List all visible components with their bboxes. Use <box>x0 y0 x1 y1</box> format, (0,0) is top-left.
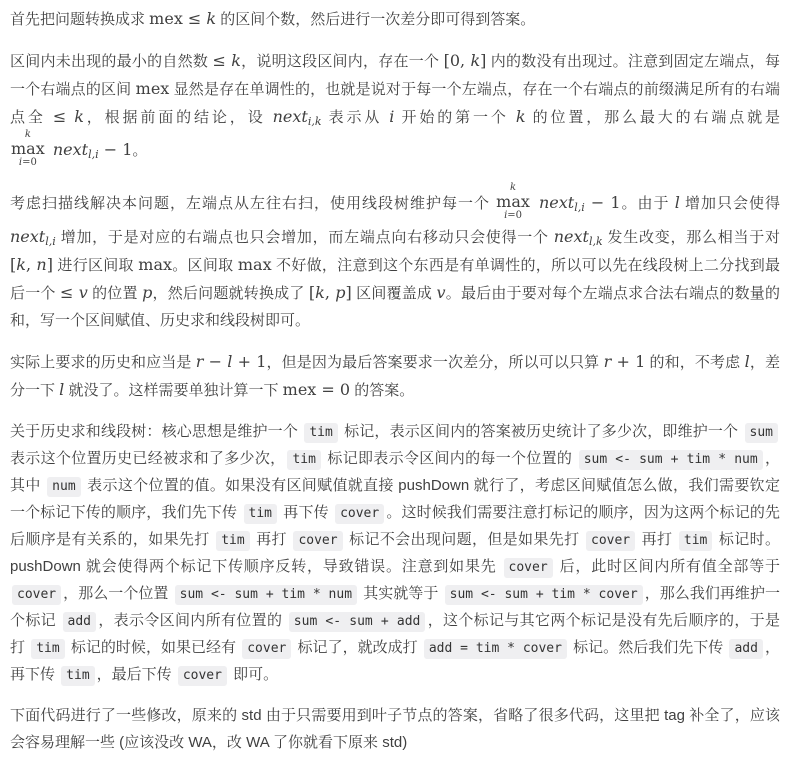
text-run: 考虑扫描线解决本问题，左端点从左往右扫，使用线段树维护每一个 <box>10 195 495 212</box>
math-symbol: ≤ <box>53 107 74 126</box>
math-symbol: + 1 <box>611 352 645 371</box>
text-run: 发生改变，那么相当于对 <box>603 229 780 246</box>
text-run: 后，此时区间内所有值全部等于 <box>555 558 780 575</box>
math-formula: kmaxi=0 nextl,i − 1 <box>10 140 132 159</box>
text-run: ，然后问题就转换成了 <box>152 285 309 302</box>
math-variable: n <box>36 255 46 274</box>
math-formula: ≤ k <box>53 107 84 126</box>
math-symbol: , <box>325 283 335 302</box>
inline-code: tim <box>679 531 712 551</box>
text-run: 标记即表示令区间内的每一个位置的 <box>323 450 577 467</box>
math-operator: max <box>11 140 45 157</box>
text-run: ，根据前面的结论，设 <box>84 109 273 126</box>
math-subscript: l,k <box>589 235 603 248</box>
math-symbol: − <box>203 352 227 371</box>
inline-code: cover <box>293 531 342 551</box>
text-run: 其实就等于 <box>359 585 443 602</box>
text-run: 标记。然后我们先下传 <box>569 639 728 656</box>
text-run: 表示从 <box>322 109 390 126</box>
text-run: ，但是因为最后答案要求一次差分，所以可以只算 <box>266 354 603 371</box>
paragraph: 考虑扫描线解决本问题，左端点从左往右扫，使用线段树维护每一个 kmaxi=0 n… <box>10 184 780 334</box>
math-formula: kmaxi=0 nextl,i − 1 <box>495 193 620 212</box>
text-run: ，表示令区间内所有位置的 <box>98 612 287 629</box>
math-lower-limit: i=0 <box>19 157 37 168</box>
text-run: 。区间取 <box>172 257 238 274</box>
inline-code: cover <box>242 639 291 659</box>
paragraph: 下面代码进行了一些修改，原来的 std 由于只需要用到叶子节点的答案，省略了很多… <box>10 702 780 756</box>
text-run: 增加，于是对应的右端点也只会增加，而左端点向右移动只会使得一个 <box>56 229 554 246</box>
inline-code: sum <- sum + add <box>289 612 426 632</box>
math-symbol: ≤ <box>183 9 207 28</box>
math-operator: max <box>496 193 530 210</box>
inline-code: add <box>63 612 96 632</box>
math-symbol: ≤ <box>60 283 79 302</box>
inline-code: tim <box>216 531 249 551</box>
math-subscript: l,i <box>574 201 585 214</box>
math-variable: next <box>273 107 308 126</box>
text-run: 即可。 <box>229 666 278 683</box>
math-subscript: l,i <box>45 235 56 248</box>
math-operator: max <box>238 255 272 274</box>
math-formula: r − l + 1 <box>196 352 267 371</box>
inline-code: cover <box>178 666 227 686</box>
math-symbol: , <box>26 255 36 274</box>
inline-code: tim <box>287 450 320 470</box>
math-variable: next <box>10 227 45 246</box>
math-symbol: + 1 <box>232 352 266 371</box>
inline-code: cover <box>12 585 61 605</box>
math-formula: mex = 0 <box>283 380 350 399</box>
math-variable: k <box>516 107 526 126</box>
inline-code: sum <box>745 423 778 443</box>
text-run: 再打 <box>252 531 292 548</box>
text-run: 实际上要求的历史和应当是 <box>10 354 196 371</box>
text-run: 再下传 <box>279 504 333 521</box>
text-run: 开始的第一个 <box>394 109 515 126</box>
math-symbol: − 1 <box>99 140 133 159</box>
inline-code: tim <box>31 639 64 659</box>
text-run: 进行区间取 <box>53 257 138 274</box>
math-variable: p <box>142 283 152 302</box>
math-variable: next <box>53 140 88 159</box>
text-run: ，说明这段区间内，存在一个 <box>241 53 444 70</box>
math-operator: mex <box>136 79 170 98</box>
math-formula: ≤ v <box>60 283 88 302</box>
math-symbol: =0 <box>507 210 522 221</box>
math-lower-limit: i=0 <box>504 210 522 221</box>
text-run: ，最后下传 <box>97 666 176 683</box>
paragraph: 区间内未出现的最小的自然数 ≤ k，说明这段区间内，存在一个 [0, k] 内的… <box>10 47 780 170</box>
text-run: 下面代码进行了一些修改，原来的 std 由于只需要用到叶子节点的答案，省略了很多… <box>10 707 780 751</box>
text-run: 的位置，那么最大的右端点就是 <box>526 109 781 126</box>
text-run: 区间覆盖成 <box>352 285 437 302</box>
paragraph: 实际上要求的历史和应当是 r − l + 1，但是因为最后答案要求一次差分，所以… <box>10 348 780 404</box>
math-variable: k <box>74 107 84 126</box>
text-run: 标记，表示区间内的答案被历史统计了多少次，即维护一个 <box>340 423 743 440</box>
article: 首先把问题转换成求 mex ≤ k 的区间个数，然后进行一次差分即可得到答案。区… <box>0 0 790 760</box>
text-run: 再打 <box>637 531 677 548</box>
math-variable: k <box>470 51 480 70</box>
math-subscript: l,i <box>88 148 99 161</box>
math-formula: max <box>238 255 272 274</box>
math-variable: k <box>16 255 26 274</box>
text-run: 的区间个数，然后进行一次差分即可得到答案。 <box>216 11 535 28</box>
math-formula: nexti,k <box>273 107 322 126</box>
math-symbol: − 1 <box>585 193 621 212</box>
math-formula: max <box>138 255 172 274</box>
math-formula: [k, n] <box>10 255 53 274</box>
text-run: 标记不会出现问题，但是如果先打 <box>345 531 584 548</box>
text-run: 首先把问题转换成求 <box>10 11 149 28</box>
math-variable: k <box>231 51 241 70</box>
text-run: 表示这个位置历史已经被求和了多少次， <box>10 450 285 467</box>
inline-code: num <box>47 477 80 497</box>
text-run: 的答案。 <box>350 382 414 399</box>
math-formula: p <box>142 283 152 302</box>
math-variable: next <box>539 193 574 212</box>
text-run: 增加只会使得 <box>680 195 780 212</box>
text-run: 标记了，就改成打 <box>293 639 421 656</box>
text-run: 。 <box>132 142 147 159</box>
inline-code: tim <box>61 666 94 686</box>
inline-code: sum <- sum + tim * num <box>579 450 763 470</box>
page: { "page": { "background_color": "#ffffff… <box>0 0 790 760</box>
text-run: 区间内未出现的最小的自然数 <box>10 53 212 70</box>
text-run: 的和，不考虑 <box>645 354 744 371</box>
math-formula: k <box>516 107 526 126</box>
inline-code: add = tim * cover <box>424 639 567 659</box>
math-formula: v <box>437 283 446 302</box>
text-run: ，那么一个位置 <box>63 585 172 602</box>
math-formula: [0, k] <box>444 51 487 70</box>
inline-code: add <box>729 639 762 659</box>
paragraph: 首先把问题转换成求 mex ≤ k 的区间个数，然后进行一次差分即可得到答案。 <box>10 5 780 33</box>
inline-code: sum <- sum + tim * cover <box>445 585 643 605</box>
text-run: 标记的时候，如果已经有 <box>67 639 241 656</box>
math-symbol: ≤ <box>212 51 231 70</box>
math-operator: mex <box>149 9 183 28</box>
math-operator: mex <box>283 380 317 399</box>
math-operator: max <box>138 255 172 274</box>
text-run: 就没了。这样需要单独计算一下 <box>64 382 282 399</box>
math-symbol: [0, <box>444 51 471 70</box>
math-formula: r + 1 <box>604 352 646 371</box>
inline-code: cover <box>586 531 635 551</box>
math-limits-stack: kmaxi=0 <box>11 129 45 168</box>
text-run: 。由于 <box>621 195 675 212</box>
math-subscript: i,k <box>308 115 322 128</box>
inline-code: sum <- sum + tim * num <box>175 585 357 605</box>
math-formula: mex ≤ k <box>149 9 216 28</box>
text-run: 的位置 <box>88 285 142 302</box>
math-formula: mex <box>136 79 170 98</box>
math-formula: [k, p] <box>309 283 352 302</box>
math-symbol: = 0 <box>316 380 350 399</box>
paragraph: 关于历史求和线段树：核心思想是维护一个 tim 标记，表示区间内的答案被历史统计… <box>10 418 780 688</box>
inline-code: cover <box>335 504 384 524</box>
math-variable: k <box>315 283 325 302</box>
math-variable: v <box>79 283 88 302</box>
math-formula: ≤ k <box>212 51 240 70</box>
math-variable: k <box>206 9 216 28</box>
math-symbol: =0 <box>22 157 37 168</box>
math-limits-stack: kmaxi=0 <box>496 182 530 221</box>
math-variable: next <box>554 227 589 246</box>
math-variable: v <box>437 283 446 302</box>
math-variable: p <box>335 283 345 302</box>
math-formula: nextl,k <box>554 227 603 246</box>
inline-code: cover <box>504 558 553 578</box>
inline-code: tim <box>304 423 337 443</box>
text-run: 关于历史求和线段树：核心思想是维护一个 <box>10 423 302 440</box>
math-formula: nextl,i <box>10 227 56 246</box>
inline-code: tim <box>244 504 277 524</box>
